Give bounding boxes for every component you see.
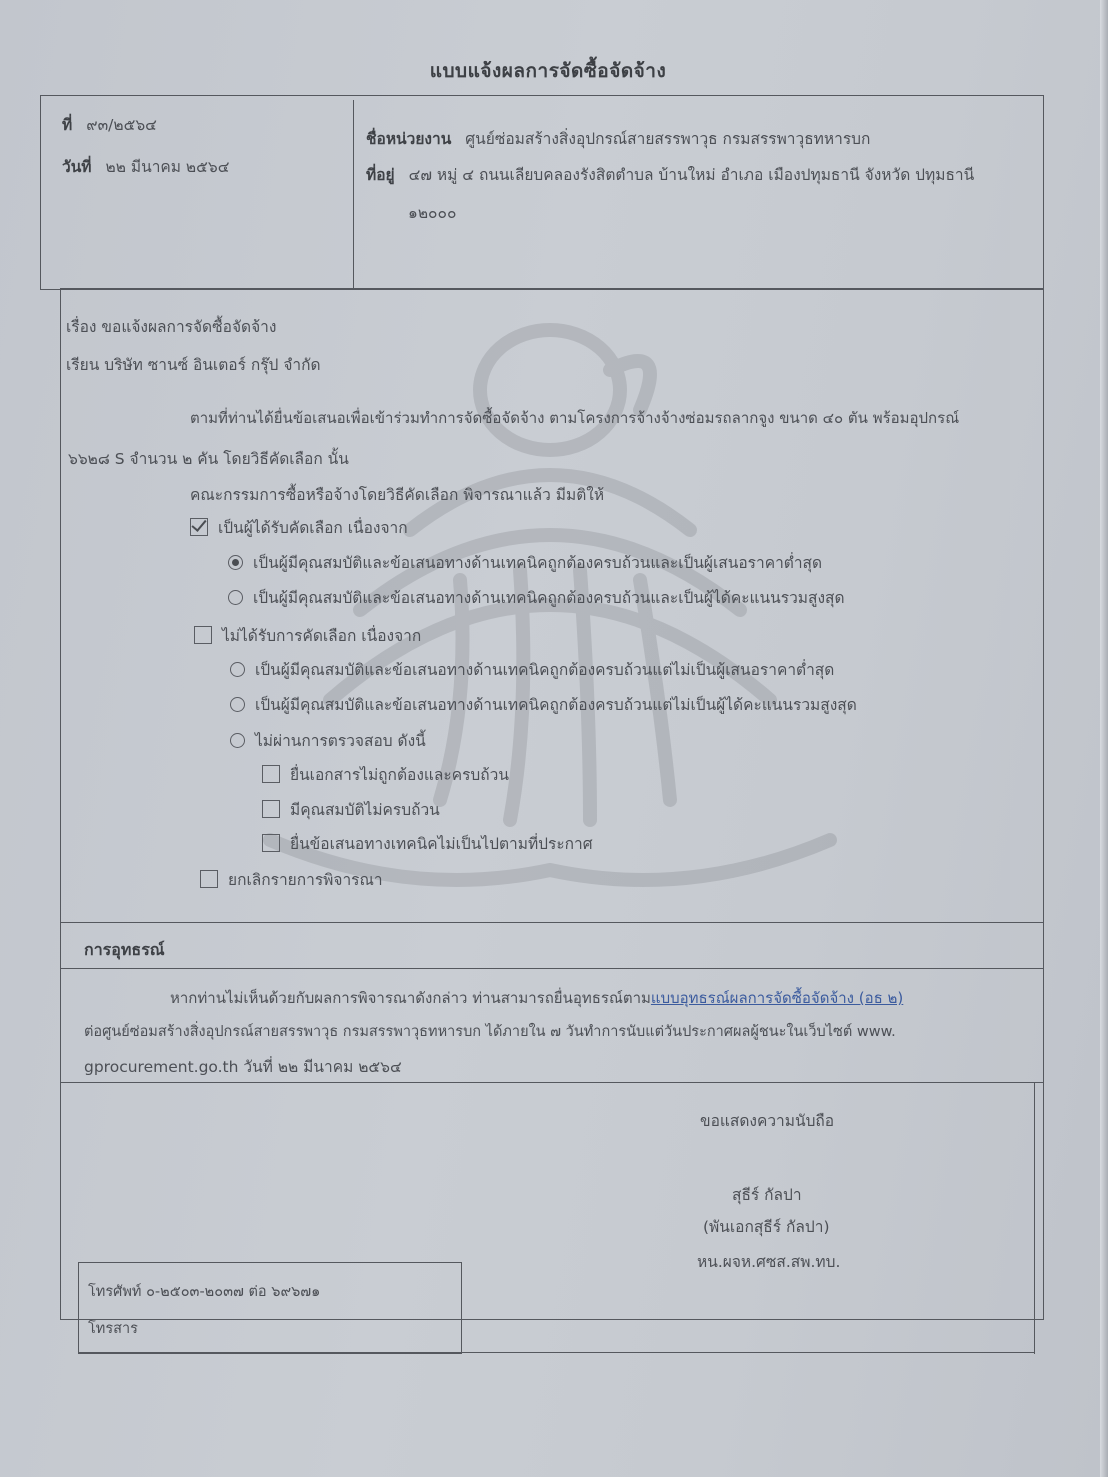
appeal-line3: gprocurement.go.th วันที่ ๒๒ มีนาคม ๒๕๖๔ <box>84 1054 402 1079</box>
signer-full-name: (พันเอกสุธีร์ กัลปา) <box>703 1214 830 1239</box>
not-selected-reason-1[interactable]: เป็นผู้มีคุณสมบัติและข้อเสนอทางด้านเทคนิ… <box>230 657 834 682</box>
option-not-selected-checkbox[interactable] <box>194 626 212 644</box>
body-paragraph-line2: ๖๖๒๘ S จำนวน ๒ คัน โดยวิธีคัดเลือก นั้น <box>68 446 349 471</box>
option-selected[interactable]: เป็นผู้ได้รับคัดเลือก เนื่องจาก <box>190 515 408 540</box>
option-cancel[interactable]: ยกเลิกรายการพิจารณา <box>200 867 383 892</box>
doc-date-label: วันที่ <box>62 158 92 176</box>
appeal-form-link[interactable]: แบบอุทธรณ์ผลการจัดซื้อจัดจ้าง (อธ ๒) <box>651 989 903 1007</box>
recipient-line: เรียน บริษัท ซานซ์ อินเตอร์ กรุ๊ป จำกัด <box>66 352 321 377</box>
selected-reason-2-radio[interactable] <box>228 590 243 605</box>
agency-label: ชื่อหน่วยงาน <box>366 130 451 148</box>
appeal-bottom-line <box>60 1082 1044 1083</box>
phone-value: ๐-๒๕๐๓-๒๐๓๗ ต่อ ๖๙๖๗๑ <box>146 1284 320 1300</box>
not-selected-reason-1-radio[interactable] <box>230 662 245 677</box>
doc-number-value: ๙๓/๒๕๖๔ <box>86 116 157 134</box>
option-cancel-checkbox[interactable] <box>200 870 218 888</box>
failed-check-3-label: ยื่นข้อเสนอทางเทคนิคไม่เป็นไปตามที่ประกา… <box>290 835 593 853</box>
failed-check-2[interactable]: มีคุณสมบัติไม่ครบถ้วน <box>262 797 440 822</box>
selected-reason-1-radio[interactable] <box>228 555 243 570</box>
contact-frame <box>78 1262 462 1354</box>
not-selected-reason-2-radio[interactable] <box>230 697 245 712</box>
paper-edge <box>1100 0 1108 1477</box>
agency-value: ศูนย์ซ่อมสร้างสิ่งอุปกรณ์สายสรรพาวุธ กรม… <box>465 130 870 148</box>
failed-check-3[interactable]: ยื่นข้อเสนอทางเทคนิคไม่เป็นไปตามที่ประกา… <box>262 831 593 856</box>
option-cancel-label: ยกเลิกรายการพิจารณา <box>228 871 383 889</box>
appeal-line2: ต่อศูนย์ซ่อมสร้างสิ่งอุปกรณ์สายสรรพาวุธ … <box>84 1020 896 1043</box>
failed-check-2-checkbox[interactable] <box>262 800 280 818</box>
selected-reason-1-label: เป็นผู้มีคุณสมบัติและข้อเสนอทางด้านเทคนิ… <box>253 554 822 572</box>
doc-number-label: ที่ <box>62 116 72 134</box>
not-selected-reason-2-label: เป็นผู้มีคุณสมบัติและข้อเสนอทางด้านเทคนิ… <box>255 696 857 714</box>
fax-label: โทรสาร <box>88 1321 138 1337</box>
fax: โทรสาร <box>88 1317 138 1340</box>
failed-check-1-label: ยื่นเอกสารไม่ถูกต้องและครบถ้วน <box>290 766 509 784</box>
appeal-line1-text: หากท่านไม่เห็นด้วยกับผลการพิจารณาดังกล่า… <box>170 989 651 1007</box>
not-selected-reason-3-radio[interactable] <box>230 733 245 748</box>
address-label: ที่อยู่ <box>366 166 395 184</box>
selected-reason-2-label: เป็นผู้มีคุณสมบัติและข้อเสนอทางด้านเทคนิ… <box>253 589 845 607</box>
body-frame <box>60 288 1044 1320</box>
address-value: ๔๗ หมู่ ๔ ถนนเลียบคลองรังสิตตำบล บ้านใหม… <box>409 166 975 184</box>
page-right-line <box>1034 1082 1035 1354</box>
not-selected-reason-1-label: เป็นผู้มีคุณสมบัติและข้อเสนอทางด้านเทคนิ… <box>255 661 834 679</box>
subject-line: เรื่อง ขอแจ้งผลการจัดซื้อจัดจ้าง <box>66 314 276 339</box>
selected-reason-2[interactable]: เป็นผู้มีคุณสมบัติและข้อเสนอทางด้านเทคนิ… <box>228 585 845 610</box>
appeal-top-line <box>60 922 1044 923</box>
signer-position: หน.ผจห.ศซส.สพ.ทบ. <box>697 1249 840 1274</box>
failed-check-1[interactable]: ยื่นเอกสารไม่ถูกต้องและครบถ้วน <box>262 762 509 787</box>
phone: โทรศัพท์ ๐-๒๕๐๓-๒๐๓๗ ต่อ ๖๙๖๗๑ <box>88 1280 320 1303</box>
failed-check-1-checkbox[interactable] <box>262 765 280 783</box>
committee-line: คณะกรรมการซื้อหรือจ้างโดยวิธีคัดเลือก พิ… <box>190 482 604 507</box>
agency: ชื่อหน่วยงานศูนย์ซ่อมสร้างสิ่งอุปกรณ์สาย… <box>366 126 870 151</box>
doc-date-value: ๒๒ มีนาคม ๒๕๖๔ <box>106 158 230 176</box>
appeal-heading-line <box>60 968 1044 969</box>
option-selected-checkbox[interactable] <box>190 518 208 536</box>
doc-number: ที่๙๓/๒๕๖๔ <box>62 112 157 137</box>
page-bottom-line <box>78 1352 1034 1353</box>
option-not-selected[interactable]: ไม่ได้รับการคัดเลือก เนื่องจาก <box>194 623 421 648</box>
not-selected-reason-2[interactable]: เป็นผู้มีคุณสมบัติและข้อเสนอทางด้านเทคนิ… <box>230 692 857 717</box>
not-selected-reason-3[interactable]: ไม่ผ่านการตรวจสอบ ดังนี้ <box>230 728 426 753</box>
option-not-selected-label: ไม่ได้รับการคัดเลือก เนื่องจาก <box>222 627 421 645</box>
appeal-line1: หากท่านไม่เห็นด้วยกับผลการพิจารณาดังกล่า… <box>170 986 903 1010</box>
selected-reason-1[interactable]: เป็นผู้มีคุณสมบัติและข้อเสนอทางด้านเทคนิ… <box>228 550 822 575</box>
not-selected-reason-3-label: ไม่ผ่านการตรวจสอบ ดังนี้ <box>255 732 426 750</box>
document-title: แบบแจ้งผลการจัดซื้อจัดจ้าง <box>0 56 1096 86</box>
phone-label: โทรศัพท์ <box>88 1284 141 1300</box>
signed-name: สุธีร์ กัลปา <box>732 1182 802 1207</box>
closing-line: ขอแสดงความนับถือ <box>700 1108 834 1133</box>
appeal-heading: การอุทธรณ์ <box>84 938 165 963</box>
option-selected-label: เป็นผู้ได้รับคัดเลือก เนื่องจาก <box>218 519 408 537</box>
postal-code: ๑๒๐๐๐ <box>408 200 456 225</box>
failed-check-3-checkbox[interactable] <box>262 834 280 852</box>
failed-check-2-label: มีคุณสมบัติไม่ครบถ้วน <box>290 801 440 819</box>
address: ที่อยู่๔๗ หมู่ ๔ ถนนเลียบคลองรังสิตตำบล … <box>366 162 974 187</box>
header-divider <box>353 100 354 288</box>
body-paragraph-line1: ตามที่ท่านได้ยื่นข้อเสนอเพื่อเข้าร่วมทำก… <box>190 406 959 430</box>
doc-date: วันที่๒๒ มีนาคม ๒๕๖๔ <box>62 154 229 179</box>
header-frame <box>40 95 1044 290</box>
